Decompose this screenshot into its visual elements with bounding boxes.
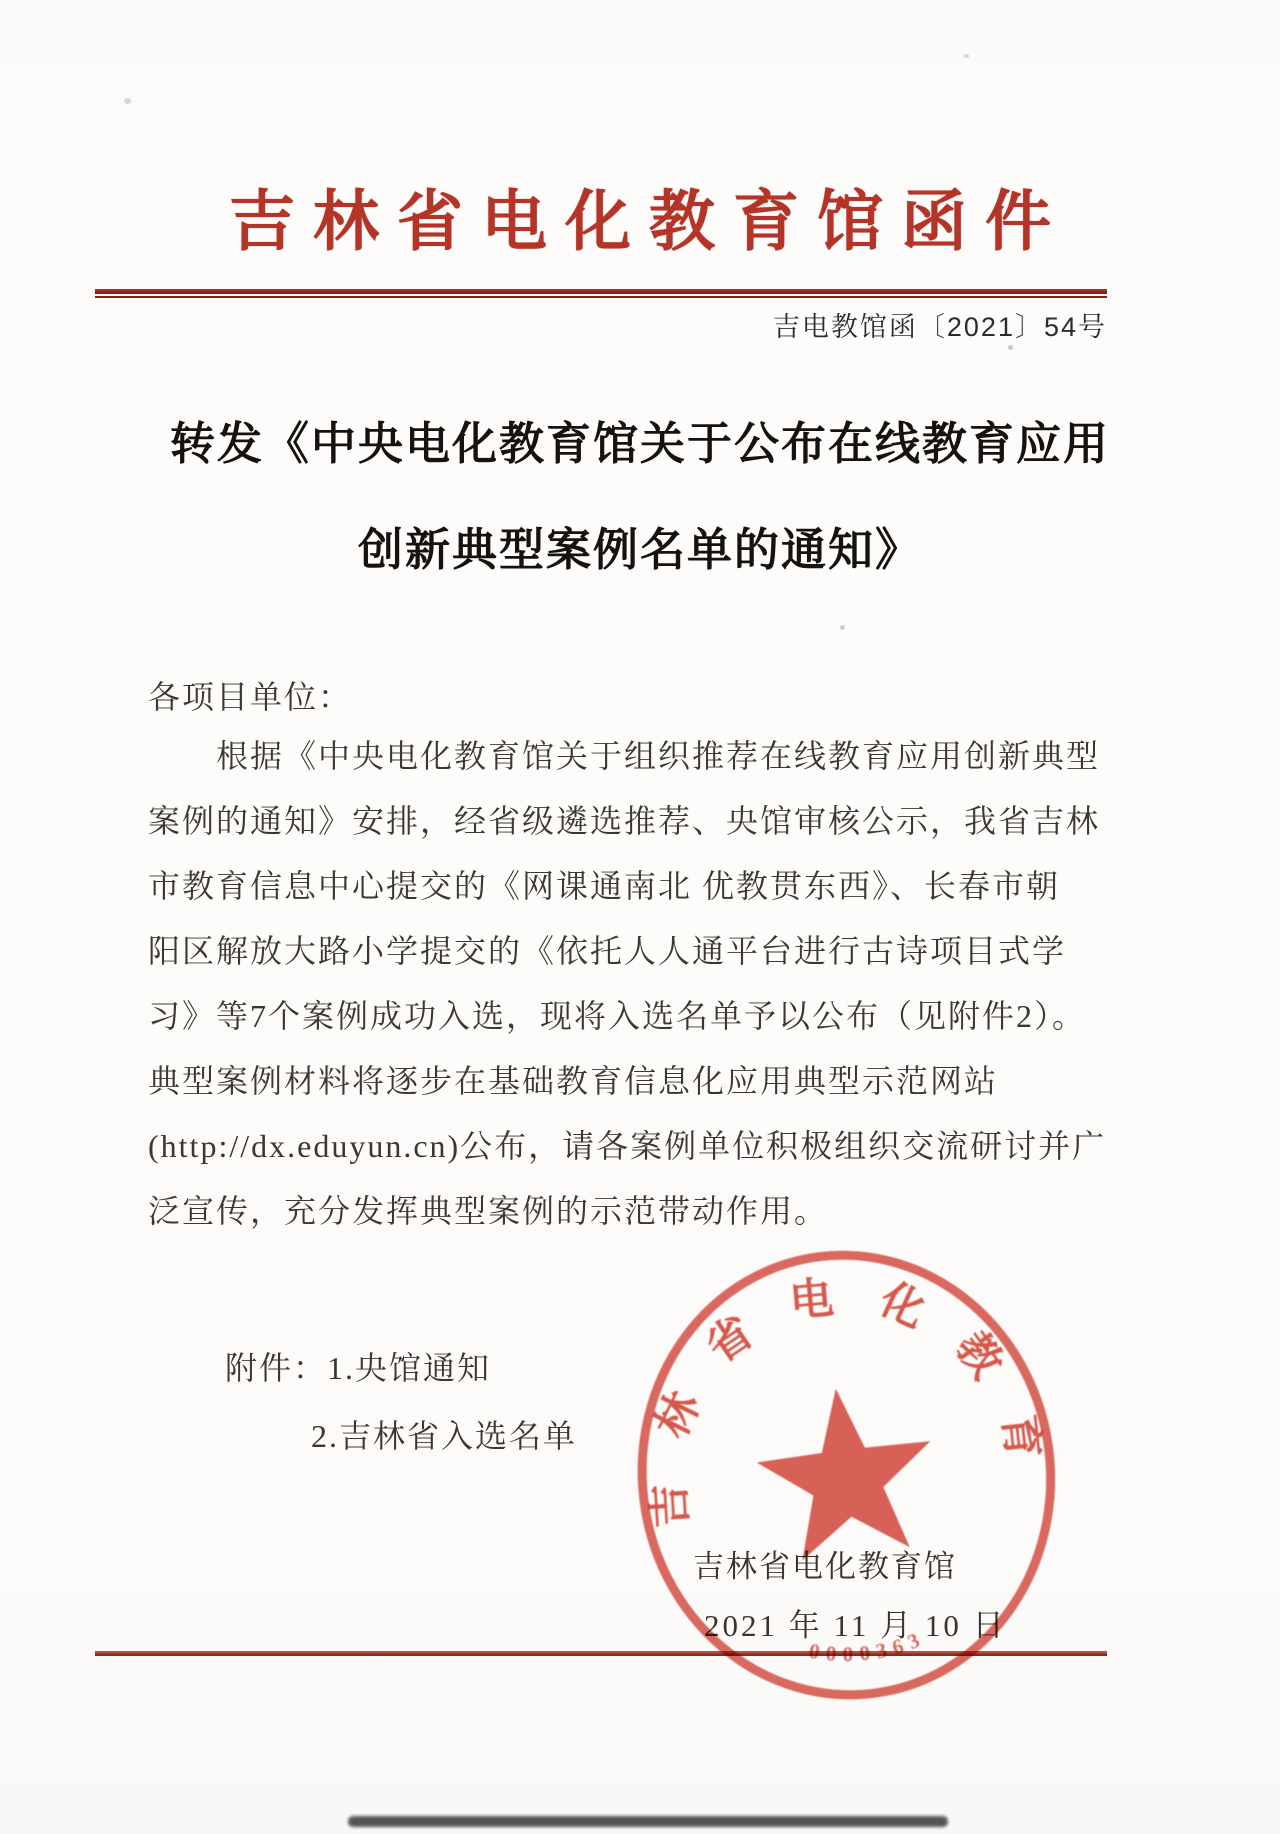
document-title-line1: 转发《中央电化教育馆关于公布在线教育应用 [0, 407, 1280, 472]
official-seal-graphic: 吉林省电化教育馆 0000363 [582, 1205, 1113, 1755]
body-line: 案例的通知》安排，经省级遴选推荐、央馆审核公示，我省吉林 [148, 789, 1116, 854]
attachment-line-1: 附件：1.央馆通知 [225, 1343, 491, 1389]
rule-thick-line [95, 289, 1107, 294]
body-line: 阳区解放大路小学提交的《依托人人通平台进行古诗项目式学 [148, 919, 1116, 984]
scan-speck [964, 54, 969, 58]
salutation: 各项目单位： [148, 672, 352, 718]
official-seal: 吉林省电化教育馆 0000363 [582, 1205, 1113, 1755]
rule-thin-line [95, 296, 1107, 298]
seal-star-icon [749, 1378, 943, 1564]
letterhead-title: 吉林省电化教育馆函件 [0, 168, 1280, 263]
body-paragraph: 根据《中央电化教育馆关于组织推荐在线教育应用创新典型 案例的通知》安排，经省级遴… [148, 724, 1116, 1244]
attachment-item-1: 1.央馆通知 [327, 1350, 491, 1386]
scan-speck [124, 98, 131, 104]
body-line: 典型案例材料将逐步在基础教育信息化应用典型示范网站 [148, 1049, 1116, 1114]
seal-code: 0000363 [804, 1624, 930, 1672]
letterhead-double-rule [95, 289, 1107, 298]
body-line: (http://dx.eduyun.cn)公布，请各案例单位积极组织交流研讨并广 [148, 1114, 1116, 1179]
attachment-item-2: 2.吉林省入选名单 [311, 1411, 577, 1457]
document-title-line2: 创新典型案例名单的通知》 [0, 513, 1280, 578]
scan-speck [840, 625, 845, 630]
scan-speck [1008, 345, 1013, 350]
body-line: 根据《中央电化教育馆关于组织推荐在线教育应用创新典型 [148, 724, 1116, 789]
body-line: 市教育信息中心提交的《网课通南北 优教贯东西》、长春市朝 [148, 854, 1116, 919]
scan-artifact-line [348, 1816, 948, 1827]
scanned-letter-page: 吉林省电化教育馆函件 吉电教馆函〔2021〕54号 转发《中央电化教育馆关于公布… [0, 0, 1280, 1834]
attachment-label: 附件： [225, 1350, 327, 1386]
document-number: 吉电教馆函〔2021〕54号 [773, 305, 1107, 344]
body-line: 习》等7个案例成功入选，现将入选名单予以公布（见附件2）。 [148, 984, 1116, 1049]
